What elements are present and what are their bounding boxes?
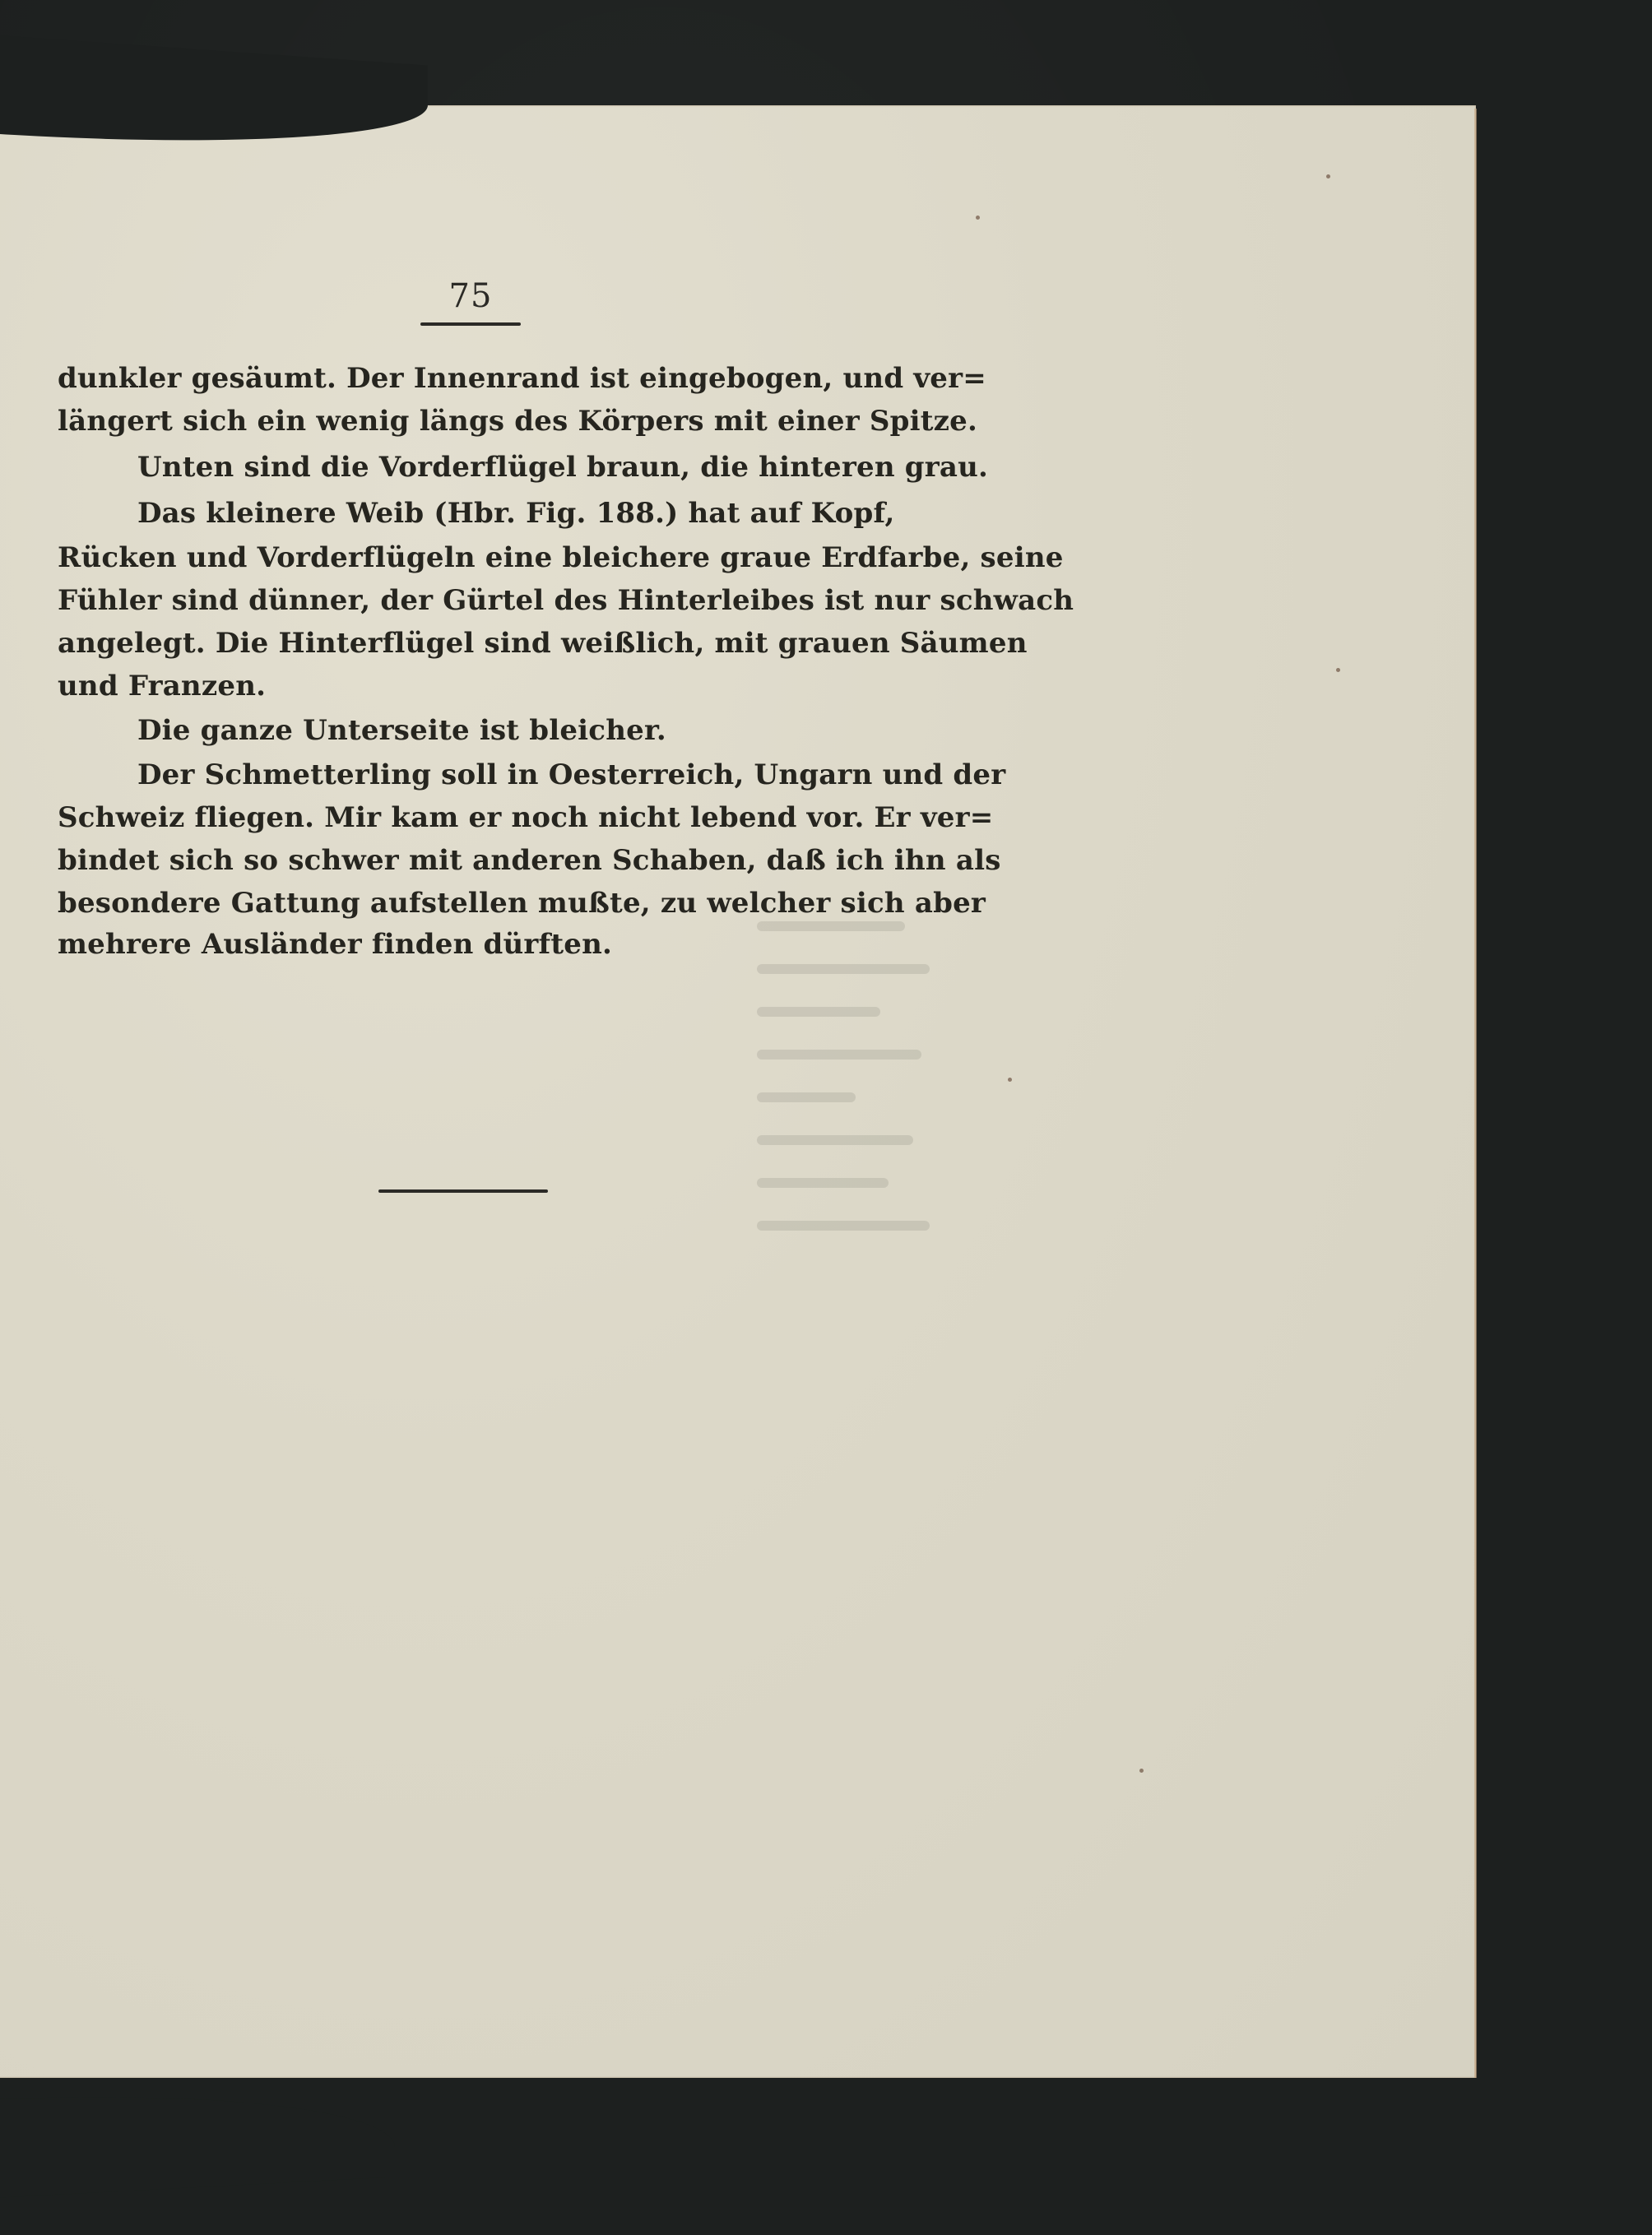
running-head: 75 bbox=[409, 278, 532, 326]
text-line: und Franzen. bbox=[58, 668, 880, 704]
text-line: mehrere Ausländer finden dürften. bbox=[58, 926, 880, 962]
page-edge bbox=[1474, 109, 1477, 2078]
text-line: Rücken und Vorderflügeln eine bleichere … bbox=[58, 540, 880, 576]
header-rule bbox=[420, 322, 521, 326]
reverse-page-show-through bbox=[757, 921, 938, 1333]
paper-speck bbox=[1326, 174, 1330, 179]
text-line: Schweiz fliegen. Mir kam er noch nicht l… bbox=[58, 800, 880, 836]
text-line: längert sich ein wenig längs des Körpers… bbox=[58, 403, 880, 439]
text-line: Unten sind die Vorderflügel braun, die h… bbox=[137, 449, 880, 485]
paper-speck bbox=[1336, 668, 1340, 672]
text-line: besondere Gattung aufstellen mußte, zu w… bbox=[58, 885, 880, 921]
paper-speck bbox=[1008, 1078, 1012, 1082]
text-line: Der Schmetterling soll in Oesterreich, U… bbox=[137, 757, 880, 793]
paper-speck bbox=[976, 216, 980, 220]
book-page bbox=[0, 105, 1476, 2078]
text-line: Die ganze Unterseite ist bleicher. bbox=[137, 712, 880, 749]
section-end-rule bbox=[378, 1189, 548, 1193]
text-line: bindet sich so schwer mit anderen Schabe… bbox=[58, 842, 880, 879]
text-line: dunkler gesäumt. Der Innenrand ist einge… bbox=[58, 360, 880, 396]
text-line: Das kleinere Weib (Hbr. Fig. 188.) hat a… bbox=[137, 495, 880, 531]
page-number: 75 bbox=[409, 278, 532, 314]
paper-speck bbox=[1139, 1769, 1144, 1773]
text-line: Fühler sind dünner, der Gürtel des Hinte… bbox=[58, 582, 880, 619]
text-line: angelegt. Die Hinterflügel sind weißlich… bbox=[58, 625, 880, 661]
